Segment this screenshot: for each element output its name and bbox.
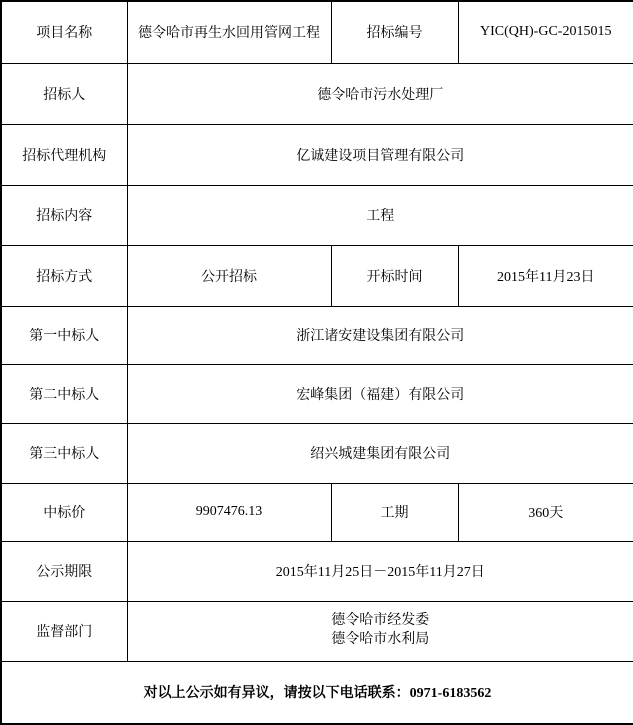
row-project-name: 项目名称 德令哈市再生水回用管网工程 招标编号 YIC(QH)-GC-20150… (1, 1, 633, 63)
tenderer-value: 德令哈市污水处理厂 (127, 63, 633, 124)
tender-agency-value: 亿诚建设项目管理有限公司 (127, 124, 633, 185)
tender-content-label: 招标内容 (1, 185, 127, 245)
bid-announcement-page: 项目名称 德令哈市再生水回用管网工程 招标编号 YIC(QH)-GC-20150… (0, 0, 633, 723)
construction-period-label: 工期 (331, 483, 458, 541)
row-first-winner: 第一中标人 浙江诸安建设集团有限公司 (1, 306, 633, 364)
construction-period-value: 360天 (458, 483, 633, 541)
supervision-department-line2: 德令哈市水利局 (132, 631, 630, 650)
bid-announcement-table: 项目名称 德令哈市再生水回用管网工程 招标编号 YIC(QH)-GC-20150… (0, 0, 633, 725)
row-supervision-department: 监督部门 德令哈市经发委 德令哈市水利局 (1, 601, 633, 661)
row-second-winner: 第二中标人 宏峰集团（福建）有限公司 (1, 364, 633, 423)
row-tenderer: 招标人 德令哈市污水处理厂 (1, 63, 633, 124)
supervision-department-label: 监督部门 (1, 601, 127, 661)
tender-number-value: YIC(QH)-GC-2015015 (458, 1, 633, 63)
second-winner-value: 宏峰集团（福建）有限公司 (127, 364, 633, 423)
third-winner-value: 绍兴城建集团有限公司 (127, 423, 633, 483)
row-third-winner: 第三中标人 绍兴城建集团有限公司 (1, 423, 633, 483)
tender-agency-label: 招标代理机构 (1, 124, 127, 185)
row-tender-content: 招标内容 工程 (1, 185, 633, 245)
bid-opening-time-label: 开标时间 (331, 245, 458, 306)
row-tender-agency: 招标代理机构 亿诚建设项目管理有限公司 (1, 124, 633, 185)
tenderer-label: 招标人 (1, 63, 127, 124)
row-tender-method: 招标方式 公开招标 开标时间 2015年11月23日 (1, 245, 633, 306)
tender-content-value: 工程 (127, 185, 633, 245)
tender-number-label: 招标编号 (331, 1, 458, 63)
first-winner-value: 浙江诸安建设集团有限公司 (127, 306, 633, 364)
project-name-value: 德令哈市再生水回用管网工程 (127, 1, 331, 63)
bid-opening-time-value: 2015年11月23日 (458, 245, 633, 306)
project-name-label: 项目名称 (1, 1, 127, 63)
second-winner-label: 第二中标人 (1, 364, 127, 423)
tender-method-value: 公开招标 (127, 245, 331, 306)
row-winning-price: 中标价 9907476.13 工期 360天 (1, 483, 633, 541)
first-winner-label: 第一中标人 (1, 306, 127, 364)
winning-price-label: 中标价 (1, 483, 127, 541)
tender-method-label: 招标方式 (1, 245, 127, 306)
supervision-department-line1: 德令哈市经发委 (132, 612, 630, 631)
row-publicity-period: 公示期限 2015年11月25日－2015年11月27日 (1, 541, 633, 601)
objection-contact-note: 对以上公示如有异议，请按以下电话联系：0971-6183562 (1, 661, 633, 724)
publicity-period-label: 公示期限 (1, 541, 127, 601)
row-footer: 对以上公示如有异议，请按以下电话联系：0971-6183562 (1, 661, 633, 724)
supervision-department-value: 德令哈市经发委 德令哈市水利局 (127, 601, 633, 661)
winning-price-value: 9907476.13 (127, 483, 331, 541)
publicity-period-value: 2015年11月25日－2015年11月27日 (127, 541, 633, 601)
third-winner-label: 第三中标人 (1, 423, 127, 483)
